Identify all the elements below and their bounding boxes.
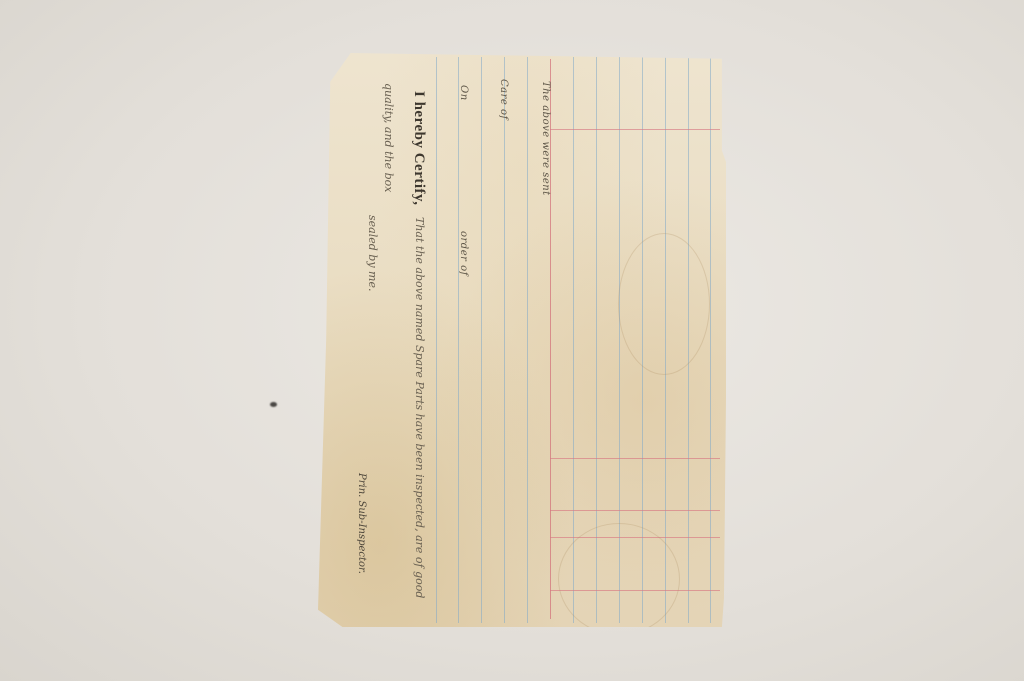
- care-of-label: Care of: [498, 79, 509, 120]
- certification-line: I hereby Certify, That the above named S…: [410, 91, 429, 598]
- certify-quality-text: quality, and the box: [382, 83, 395, 192]
- certify-body-text: That the above named Spare Parts have be…: [413, 217, 426, 598]
- order-of-label: order of: [458, 231, 469, 276]
- stain-mark: [618, 233, 710, 375]
- stain-mark: [558, 523, 680, 635]
- certify-gothic-text: I hereby Certify,: [411, 91, 427, 205]
- dust-speck: [270, 402, 277, 407]
- on-label: On: [458, 85, 469, 101]
- document-sheet: The above were sent Care of On order of …: [318, 53, 726, 627]
- header-line-text: The above were sent: [540, 81, 551, 196]
- ruled-line: [504, 57, 505, 623]
- ruled-line: [710, 57, 711, 623]
- red-column-rule: [550, 458, 720, 459]
- red-column-rule: [550, 129, 720, 130]
- ruled-line: [481, 57, 482, 623]
- ruled-line: [458, 57, 459, 623]
- ruled-line: [573, 57, 574, 623]
- signature-title: Prin. Sub-Inspector.: [356, 473, 367, 574]
- ruled-line: [527, 57, 528, 623]
- ruled-line: [436, 57, 437, 623]
- red-column-rule: [550, 510, 720, 511]
- certify-sealed-text: sealed by me.: [366, 215, 379, 291]
